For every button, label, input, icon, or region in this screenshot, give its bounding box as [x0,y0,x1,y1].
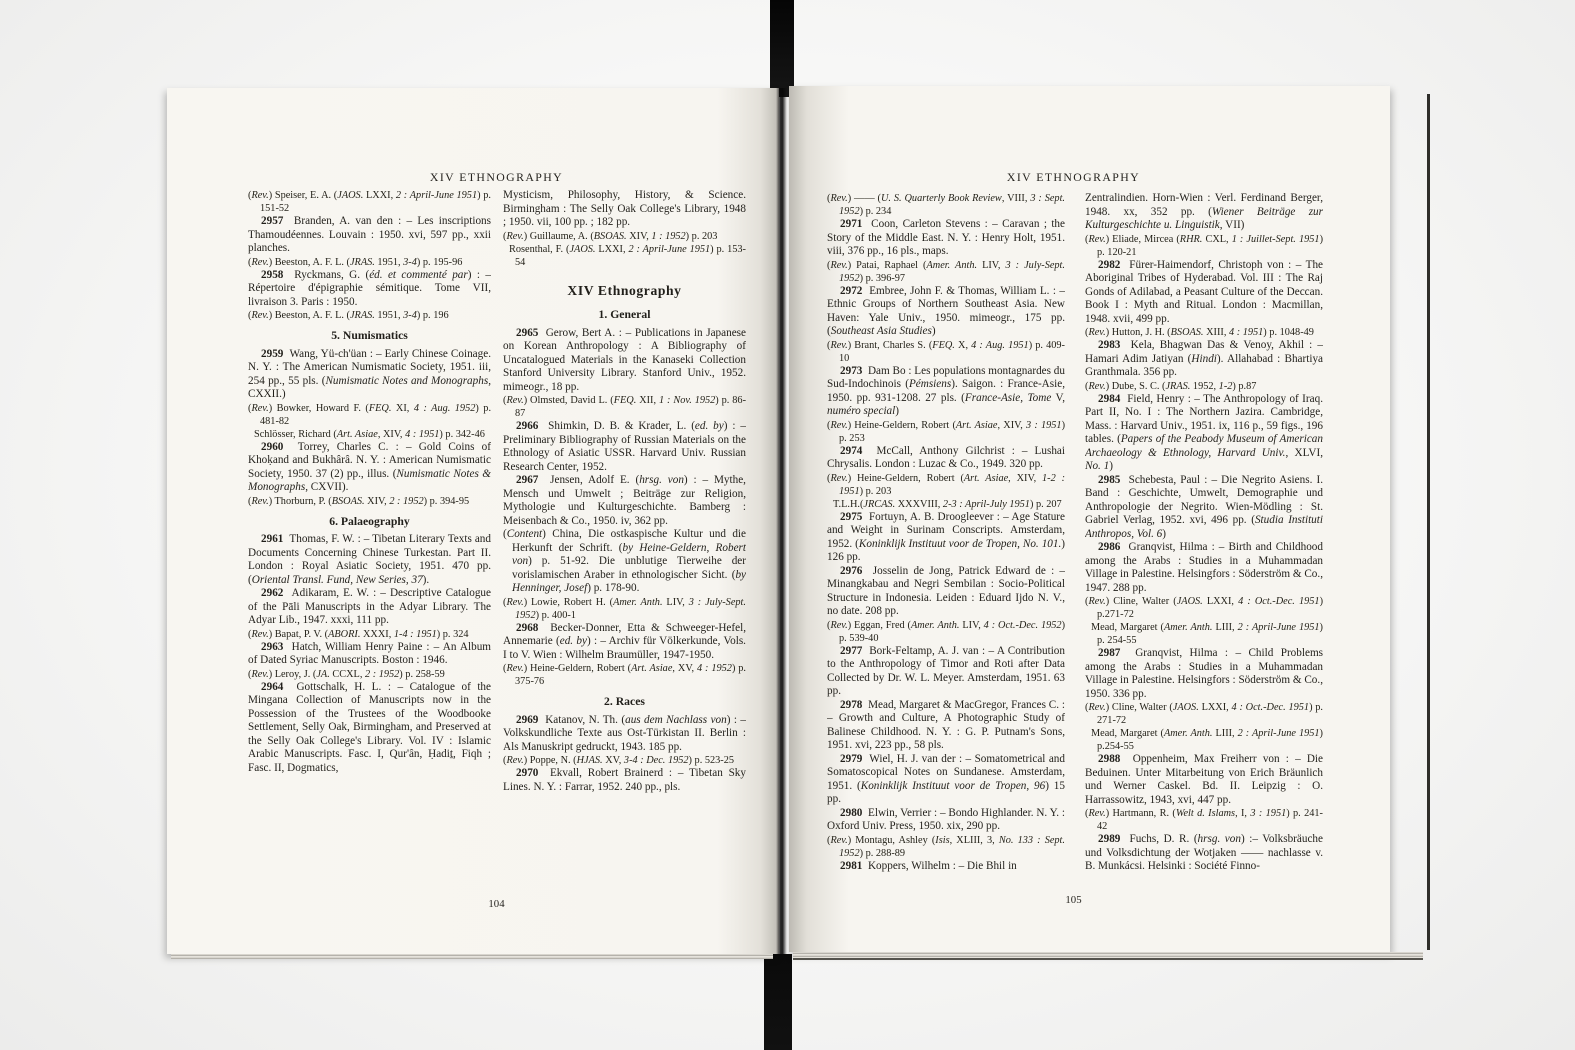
running-head-right: XIV ETHNOGRAPHY [827,170,1320,185]
entry-number: 2973 [840,365,862,377]
bib-review: (Rev.) Hartmann, R. (Welt d. Islams, I, … [1085,807,1323,833]
entry-number: 2977 [840,645,862,657]
bib-entry: 2960 Torrey, Charles C. : – Gold Coins o… [248,441,491,495]
right-page: XIV ETHNOGRAPHY (Rev.) —— (U. S. Quarter… [789,86,1390,952]
bib-entry: 2968 Becker-Donner, Etta & Schweeger-Hef… [503,622,746,663]
bib-entry: 2973 Dam Bo : Les populations montagnard… [827,365,1065,419]
bib-entry: 2988 Oppenheim, Max Freiherr von : – Die… [1085,753,1323,807]
entry-number: 2971 [840,218,862,230]
entry-number: 2961 [261,533,283,545]
entry-number: 2972 [840,285,862,297]
entry-number: 2986 [1098,541,1120,553]
bib-entry: 2980 Elwin, Verrier : – Bondo Highlander… [827,807,1065,834]
bib-entry: 2971 Coon, Carleton Stevens : – Caravan … [827,218,1065,259]
bib-entry: 2961 Thomas, F. W. : – Tibetan Literary … [248,533,491,587]
entry-number: 2975 [840,511,862,523]
bib-entry: 2983 Kela, Bhagwan Das & Venoy, Akhil : … [1085,339,1323,380]
entry-number: 2970 [516,767,538,779]
gutter-shadow [776,88,787,954]
bib-review-secondary: Mead, Margaret (Amer. Anth. LIII, 2 : Ap… [1085,621,1323,647]
bib-review: (Rev.) Cline, Walter (JAOS. LXXI, 4 : Oc… [1085,701,1323,727]
bib-entry: 2965 Gerow, Bert A. : – Publications in … [503,327,746,395]
entry-number: 2968 [516,622,538,634]
bib-review-secondary: Mead, Margaret (Amer. Anth. LIII, 2 : Ap… [1085,727,1323,753]
bib-review: (Rev.) Poppe, N. (HJAS. XV, 3-4 : Dec. 1… [503,754,746,767]
bib-entry: 2985 Schebesta, Paul : – Die Negrito Asi… [1085,474,1323,542]
bib-review: (Rev.) Bapat, P. V. (ABORI. XXXI, 1-4 : … [248,628,491,641]
entry-number: 2980 [840,807,862,819]
bib-entry: 2987 Granqvist, Hilma : – Child Problems… [1085,647,1323,701]
spine-cloth-bottom [764,954,792,1050]
bib-review-secondary: Rosenthal, F. (JAOS. LXXI, 2 : April-Jun… [503,243,746,269]
entry-number: 2959 [261,348,283,360]
entry-number: 2983 [1098,339,1120,351]
bib-entry: 2977 Bork-Feltamp, A. J. van : – A Contr… [827,645,1065,699]
content-note: (Content) China, Die ostkaspische Kultur… [503,528,746,596]
entry-number: 2984 [1098,393,1120,405]
bib-review: (Rev.) Cline, Walter (JAOS. LXXI, 4 : Oc… [1085,595,1323,621]
bib-entry: 2959 Wang, Yü-ch'üan : – Early Chinese C… [248,348,491,402]
page-number-left: 104 [248,898,745,910]
page-number-right: 105 [827,894,1320,906]
entry-number: 2957 [261,215,283,227]
entry-number: 2962 [261,587,283,599]
entry-number: 2978 [840,699,862,711]
bib-entry: 2975 Fortuyn, A. B. Droogleever : – Age … [827,511,1065,565]
entry-number: 2981 [840,860,862,872]
entry-number: 2982 [1098,259,1120,271]
bib-entry: 2957 Branden, A. van den : – Les inscrip… [248,215,491,256]
bib-entry: 2963 Hatch, William Henry Paine : – An A… [248,641,491,668]
bottom-page-edges-left [171,954,773,959]
fore-edge-pages [1390,94,1430,950]
bib-review: (Rev.) Thorburn, P. (BSOAS. XIV, 2 : 195… [248,495,491,508]
entry-number: 2965 [516,327,538,339]
bib-review-secondary: T.L.H.(JRCAS. XXXVIII, 2-3 : April-July … [827,498,1065,511]
bib-review: (Rev.) Montagu, Ashley (Isis, XLIII, 3, … [827,834,1065,860]
entry-number: 2969 [516,714,538,726]
bib-entry: 2981 Koppers, Wilhelm : – Die Bhil in [827,860,1065,874]
bib-review: (Rev.) Heine-Geldern, Robert (Art. Asiae… [827,472,1065,498]
bib-review: (Rev.) Beeston, A. F. L. (JRAS. 1951, 3-… [248,309,491,322]
bib-review: (Rev.) Heine-Geldern, Robert (Art. Asiae… [827,419,1065,445]
bib-review: (Rev.) Olmsted, David L. (FEQ. XII, 1 : … [503,394,746,420]
bib-review: (Rev.) Eggan, Fred (Amer. Anth. LIV, 4 :… [827,619,1065,645]
bib-review: (Rev.) Beeston, A. F. L. (JRAS. 1951, 3-… [248,256,491,269]
left-page: XIV ETHNOGRAPHY (Rev.) Speiser, E. A. (J… [167,88,779,954]
entry-number: 2960 [261,441,283,453]
bib-entry: 2979 Wiel, H. J. van der : – Somatometri… [827,753,1065,807]
entry-number: 2987 [1098,647,1120,659]
bib-entry: 2964 Gottschalk, H. L. : – Catalogue of … [248,681,491,776]
bib-entry: 2984 Field, Henry : – The Anthropology o… [1085,393,1323,474]
bib-entry: 2969 Katanov, N. Th. (aus dem Nachlass v… [503,714,746,755]
chapter-heading: XIV Ethnography [503,284,746,298]
entry-number: 2958 [261,269,283,281]
bib-review: (Rev.) Eliade, Mircea (RHR. CXL, 1 : Jui… [1085,233,1323,259]
left-page-column-2: Mysticism, Philosophy, History, & Scienc… [503,189,746,903]
bib-entry: 2976 Josselin de Jong, Patrick Edward de… [827,565,1065,619]
section-heading: 2. Races [503,695,746,709]
entry-number: 2964 [261,681,283,693]
bib-review: (Rev.) Dube, S. C. (JRAS. 1952, 1-2) p.8… [1085,380,1323,393]
bib-review: (Rev.) Guillaume, A. (BSOAS. XIV, 1 : 19… [503,230,746,243]
bib-entry: 2986 Granqvist, Hilma : – Birth and Chil… [1085,541,1323,595]
entry-number: 2974 [840,445,862,457]
entry-number: 2989 [1098,833,1120,845]
right-page-column-1: (Rev.) —— (U. S. Quarterly Book Review, … [827,192,1065,906]
bib-review: (Rev.) Hutton, J. H. (BSOAS. XIII, 4 : 1… [1085,326,1323,339]
bib-review: (Rev.) —— (U. S. Quarterly Book Review, … [827,192,1065,218]
right-page-column-2: Zentralindien. Horn-Wien : Verl. Ferdina… [1085,192,1323,906]
bib-review: (Rev.) Leroy, J. (JA. CCXL, 2 : 1952) p.… [248,668,491,681]
bib-entry: 2962 Adikaram, E. W. : – Descriptive Cat… [248,587,491,628]
bib-entry: 2970 Ekvall, Robert Brainerd : – Tibetan… [503,767,746,794]
bib-review: (Rev.) Brant, Charles S. (FEQ. X, 4 : Au… [827,339,1065,365]
entry-number: 2985 [1098,474,1120,486]
bib-review: (Rev.) Speiser, E. A. (JAOS. LXXI, 2 : A… [248,189,491,215]
scanned-book-spread: XIV ETHNOGRAPHY (Rev.) Speiser, E. A. (J… [0,0,1575,1050]
bib-entry: 2972 Embree, John F. & Thomas, William L… [827,285,1065,339]
spine-cloth-top [770,0,794,97]
bottom-page-edges-right [793,952,1423,960]
entry-number: 2963 [261,641,283,653]
left-page-column-1: (Rev.) Speiser, E. A. (JAOS. LXXI, 2 : A… [248,189,491,903]
bib-entry: 2966 Shimkin, D. B. & Krader, L. (ed. by… [503,420,746,474]
entry-number: 2976 [840,565,862,577]
section-heading: 1. General [503,308,746,322]
entry-continuation: Zentralindien. Horn-Wien : Verl. Ferdina… [1085,192,1323,233]
bib-review: (Rev.) Bowker, Howard F. (FEQ. XI, 4 : A… [248,402,491,428]
bib-review: (Rev.) Lowie, Robert H. (Amer. Anth. LIV… [503,596,746,622]
bib-entry: 2982 Fürer-Haimendorf, Christoph von : –… [1085,259,1323,327]
section-heading: 6. Palaeography [248,515,491,529]
bib-entry: 2967 Jensen, Adolf E. (hrsg. von) : – My… [503,474,746,528]
bib-entry: 2978 Mead, Margaret & MacGregor, Frances… [827,699,1065,753]
bib-entry: 2958 Ryckmans, G. (éd. et commenté par) … [248,269,491,310]
bib-entry: 2989 Fuchs, D. R. (hrsg. von) :– Volksbr… [1085,833,1323,874]
bib-review: (Rev.) Patai, Raphael (Amer. Anth. LIV, … [827,259,1065,285]
running-head-left: XIV ETHNOGRAPHY [248,170,745,185]
entry-number: 2966 [516,420,538,432]
entry-number: 2988 [1098,753,1120,765]
entry-number: 2967 [516,474,538,486]
section-heading: 5. Numismatics [248,329,491,343]
bib-entry: 2974 McCall, Anthony Gilchrist : – Lusha… [827,445,1065,472]
bib-review-secondary: Schlösser, Richard (Art. Asiae, XIV, 4 :… [248,428,491,441]
entry-continuation: Mysticism, Philosophy, History, & Scienc… [503,189,746,230]
bib-review: (Rev.) Heine-Geldern, Robert (Art. Asiae… [503,662,746,688]
entry-number: 2979 [840,753,862,765]
